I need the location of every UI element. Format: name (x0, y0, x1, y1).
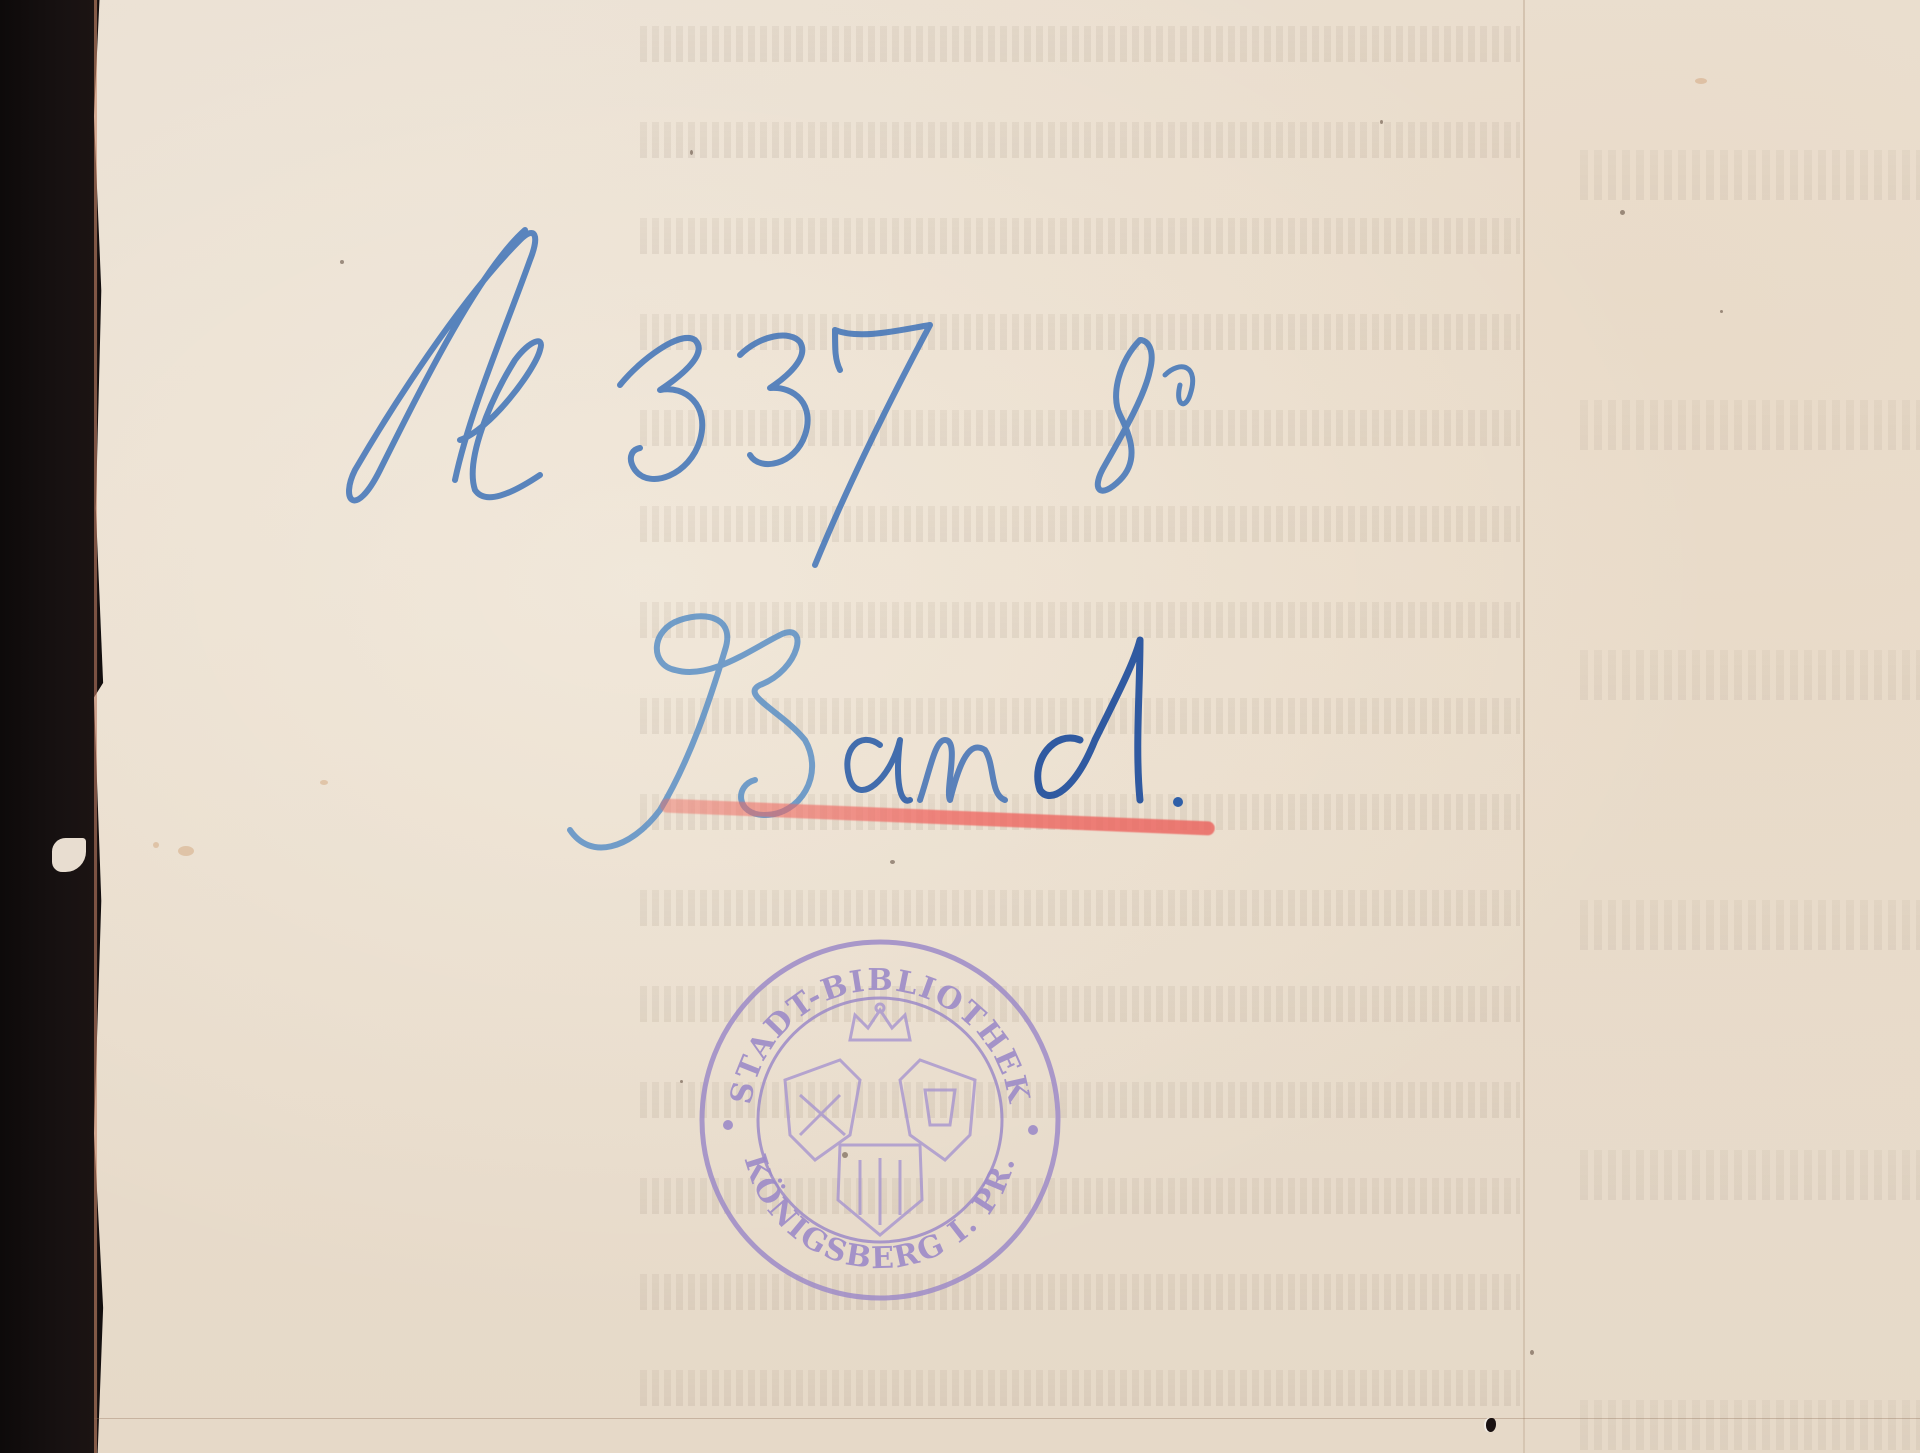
foxing-spot (153, 842, 159, 848)
coat-of-arms-emblem (785, 1004, 975, 1235)
bleed-through-text-right (1580, 0, 1920, 1453)
foxing-spot (178, 846, 194, 856)
paper-speck (1530, 1350, 1534, 1355)
paper-speck (680, 1080, 683, 1083)
handwritten-band-note: Band. (550, 590, 1250, 890)
vertical-crease (1523, 0, 1525, 1453)
horizontal-crease (94, 1418, 1920, 1419)
book-binding-edge (0, 0, 98, 1453)
foxing-spot (320, 780, 328, 785)
band-handwriting-svg (550, 590, 1250, 890)
foxing-spot (1695, 78, 1707, 84)
paper-speck (690, 150, 693, 155)
paper-speck (1620, 210, 1625, 215)
library-ownership-stamp: STADT-BIBLIOTHEK KÖNIGSBERG I. PR. (690, 930, 1070, 1310)
stamp-separator-dot (1028, 1125, 1038, 1135)
stamp-svg: STADT-BIBLIOTHEK KÖNIGSBERG I. PR. (690, 930, 1070, 1310)
paper-speck (1720, 310, 1723, 313)
handwritten-shelfmark: Ae 337 8° (330, 210, 1310, 610)
page-deckle-edge (94, 0, 97, 1453)
stamp-separator-dot (723, 1120, 733, 1130)
stamp-text-top: STADT-BIBLIOTHEK (724, 963, 1036, 1107)
shelfmark-handwriting-svg (330, 210, 1310, 610)
paper-speck (1380, 120, 1383, 124)
